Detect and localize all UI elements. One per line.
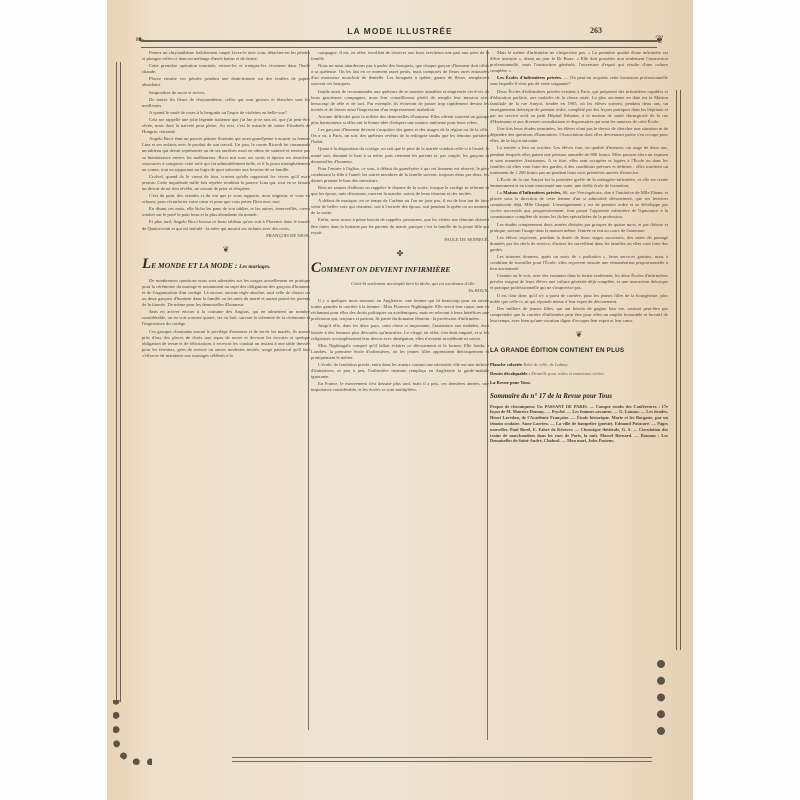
paragraph: Quant à la disposition du cortège, on sa… [311,146,489,164]
decorative-border-right [676,90,681,650]
newspaper-page: ❧ LA MODE ILLUSTRÉE 263 ❦ Prenez un chry… [107,0,693,800]
edition-item-label: Planche coloriée [490,362,522,367]
paragraph: campagne. Il est, en effet, excellent de… [311,50,489,62]
paragraph: De nombreuses questions nous sont adress… [142,278,310,308]
paragraph: Pour l'entrée à l'église, ce sont, à déf… [311,166,489,184]
section-ornament-icon: ❦ [142,247,310,253]
paragraph: Aucune difficulté pour la toilette des d… [311,114,489,126]
paragraph: Mais le métier d'infirmière ne s'improvi… [490,50,668,74]
paragraph: En France, le mouvement s'est dessiné pl… [311,381,489,393]
section-title: E MONDE ET LA MODE : [151,261,237,270]
paragraph: Les études comprennent deux années divis… [490,222,668,234]
paragraph: C'est du pain, des viandes et du vin que… [142,193,310,205]
paragraph: Inutile aussi de recommander aux quêteur… [311,89,489,113]
paragraph-with-lead: Les Écoles d'infirmières privées. — Où p… [490,75,668,87]
paragraph: Miss Nightingale comprit qu'il fallait é… [311,343,489,361]
paragraph: Ces groupes charmants auront le privilèg… [142,329,310,359]
section-subtitle: Les mariages. [239,264,270,270]
drop-cap: C [311,260,321,276]
edition-item: Dessin décalquable : Dentelle pour robes… [490,371,668,377]
paragraph: Jusqu'à elle, dans les deux pays, cette … [311,323,489,341]
section-title: OMMENT ON DEVIENT INFIRMIÈRE [321,265,450,274]
paragraph: De toutes les fleurs de chrysanthème, ce… [142,97,310,109]
header-rule [141,40,657,48]
edition-item: Planche coloriée Robe de ville, de Lahmy… [490,362,668,368]
column-1: Prenez un chrysanthème fraîchement coupé… [142,50,310,730]
paragraph: L'École de la rue Amyot fut la première … [490,177,668,189]
paragraph: Une fois leurs études terminées, les élè… [490,126,668,144]
paragraph: Les élèves reçoivent, pendant la durée d… [490,235,668,253]
page-number: 263 [590,26,602,35]
section-heading-comment-on-devient-infirmiere: COMMENT ON DEVIENT INFIRMIÈRE [311,263,489,275]
paragraph: Crolvel, quand ils le virent de loin, cr… [142,174,310,192]
edition-item-detail: Dentelle pour robes et manteaux riches. [531,371,605,376]
sommaire-title: Sommaire du n° 17 de la Revue pour Tous [490,393,668,399]
edition-item: La Revue pour Tous. [490,380,668,386]
paragraph: Des milliers de jeunes filles, qui ont b… [490,306,668,324]
paragraph: A quand le sauté de roses à la bergonle … [142,110,310,116]
column-3: Mais le métier d'infirmière ne s'improvi… [490,50,668,730]
edition-item-label: Dessin décalquable : [490,371,530,376]
edition-box-title: LA GRANDE ÉDITION CONTIENT EN PLUS [490,348,668,354]
paragraph-with-lead: La Maison d'Infirmières privées, 66, rue… [490,190,668,220]
paragraph: Les garçons d'honneur devront s'acquitte… [311,127,489,145]
paragraph: Comme on le voit, avec des variantes dan… [490,273,668,291]
sommaire-text: Propos de chroniqueur. Un PASSANT DE PAR… [490,404,668,445]
article-signature: PAULE DE SENNECÉ. [311,237,489,243]
paragraph: Les internes donnent, après un mois de «… [490,254,668,272]
paragraph: Deux Écoles d'infirmières privées existe… [490,89,668,126]
edition-item-label: La Revue pour Tous. [490,380,531,385]
section-ornament-icon: ❦ [490,332,668,338]
paragraph: A défaut de musique, en ce temps de Carê… [311,198,489,216]
paragraph: Il y a quelques mois mourait, en Anglete… [311,298,489,322]
paragraph: Prenez un chrysanthème fraîchement coupé… [142,50,310,62]
decorative-border-left [116,62,121,702]
paragraph: L'école, de fondation privée, entra dans… [311,362,489,380]
paragraph: Enfin, nous avons à peine besoin de rapp… [311,217,489,235]
edition-item-detail: Robe de ville, de Lahmy. [523,362,568,367]
paragraph: Nous ne nous attarderons pas à parler de… [311,63,489,87]
paragraph: Il est clair donc qu'il n'y a point de c… [490,293,668,305]
paragraph: Cela me rappelle une jolie légende itali… [142,117,310,135]
section-heading-le-monde-et-la-mode: LE MONDE ET LA MODE : Les mariages. [142,259,310,272]
paragraph: Angelo Ricci était un pauvre peintre flo… [142,136,310,173]
bold-lead: Les Écoles d'infirmières privées. [497,75,562,80]
paragraph: En disant ces mots, elle lâcha les pans … [142,206,310,218]
paragraph: Et plus tard, Angelo Ricci brossa ce bea… [142,219,310,231]
paragraph: Placez ensuite vos pétales pendant une d… [142,76,310,88]
column-2: campagne. Il est, en effet, excellent de… [311,50,489,740]
paragraph: Sans en arriver encore à la coutume des … [142,309,310,327]
footer-rule [232,757,652,762]
epigraph: Celui-là seulement accomplit bien la tâc… [351,281,489,287]
article-signature: FRANÇOIS DE NION. [142,233,310,239]
paragraph: Saupoudrez de sucre et servez. [142,90,310,96]
lead-prefix: La [497,190,502,195]
paragraph: Rien ne saurait d'ailleurs en rappeler l… [311,185,489,197]
edition-box: LA GRANDE ÉDITION CONTIENT EN PLUS Planc… [490,348,668,444]
drop-cap: L [142,256,151,272]
epigraph-author: Dr ROUX. [311,288,489,294]
running-title: LA MODE ILLUSTRÉE [107,26,693,36]
bold-lead: Maison d'Infirmières privées, [503,190,561,195]
section-ornament-icon: ✤ [311,251,489,257]
paragraph: Cette première opération terminée, retir… [142,63,310,75]
paragraph: La rentrée a lieu en octobre. Les élèves… [490,145,668,175]
